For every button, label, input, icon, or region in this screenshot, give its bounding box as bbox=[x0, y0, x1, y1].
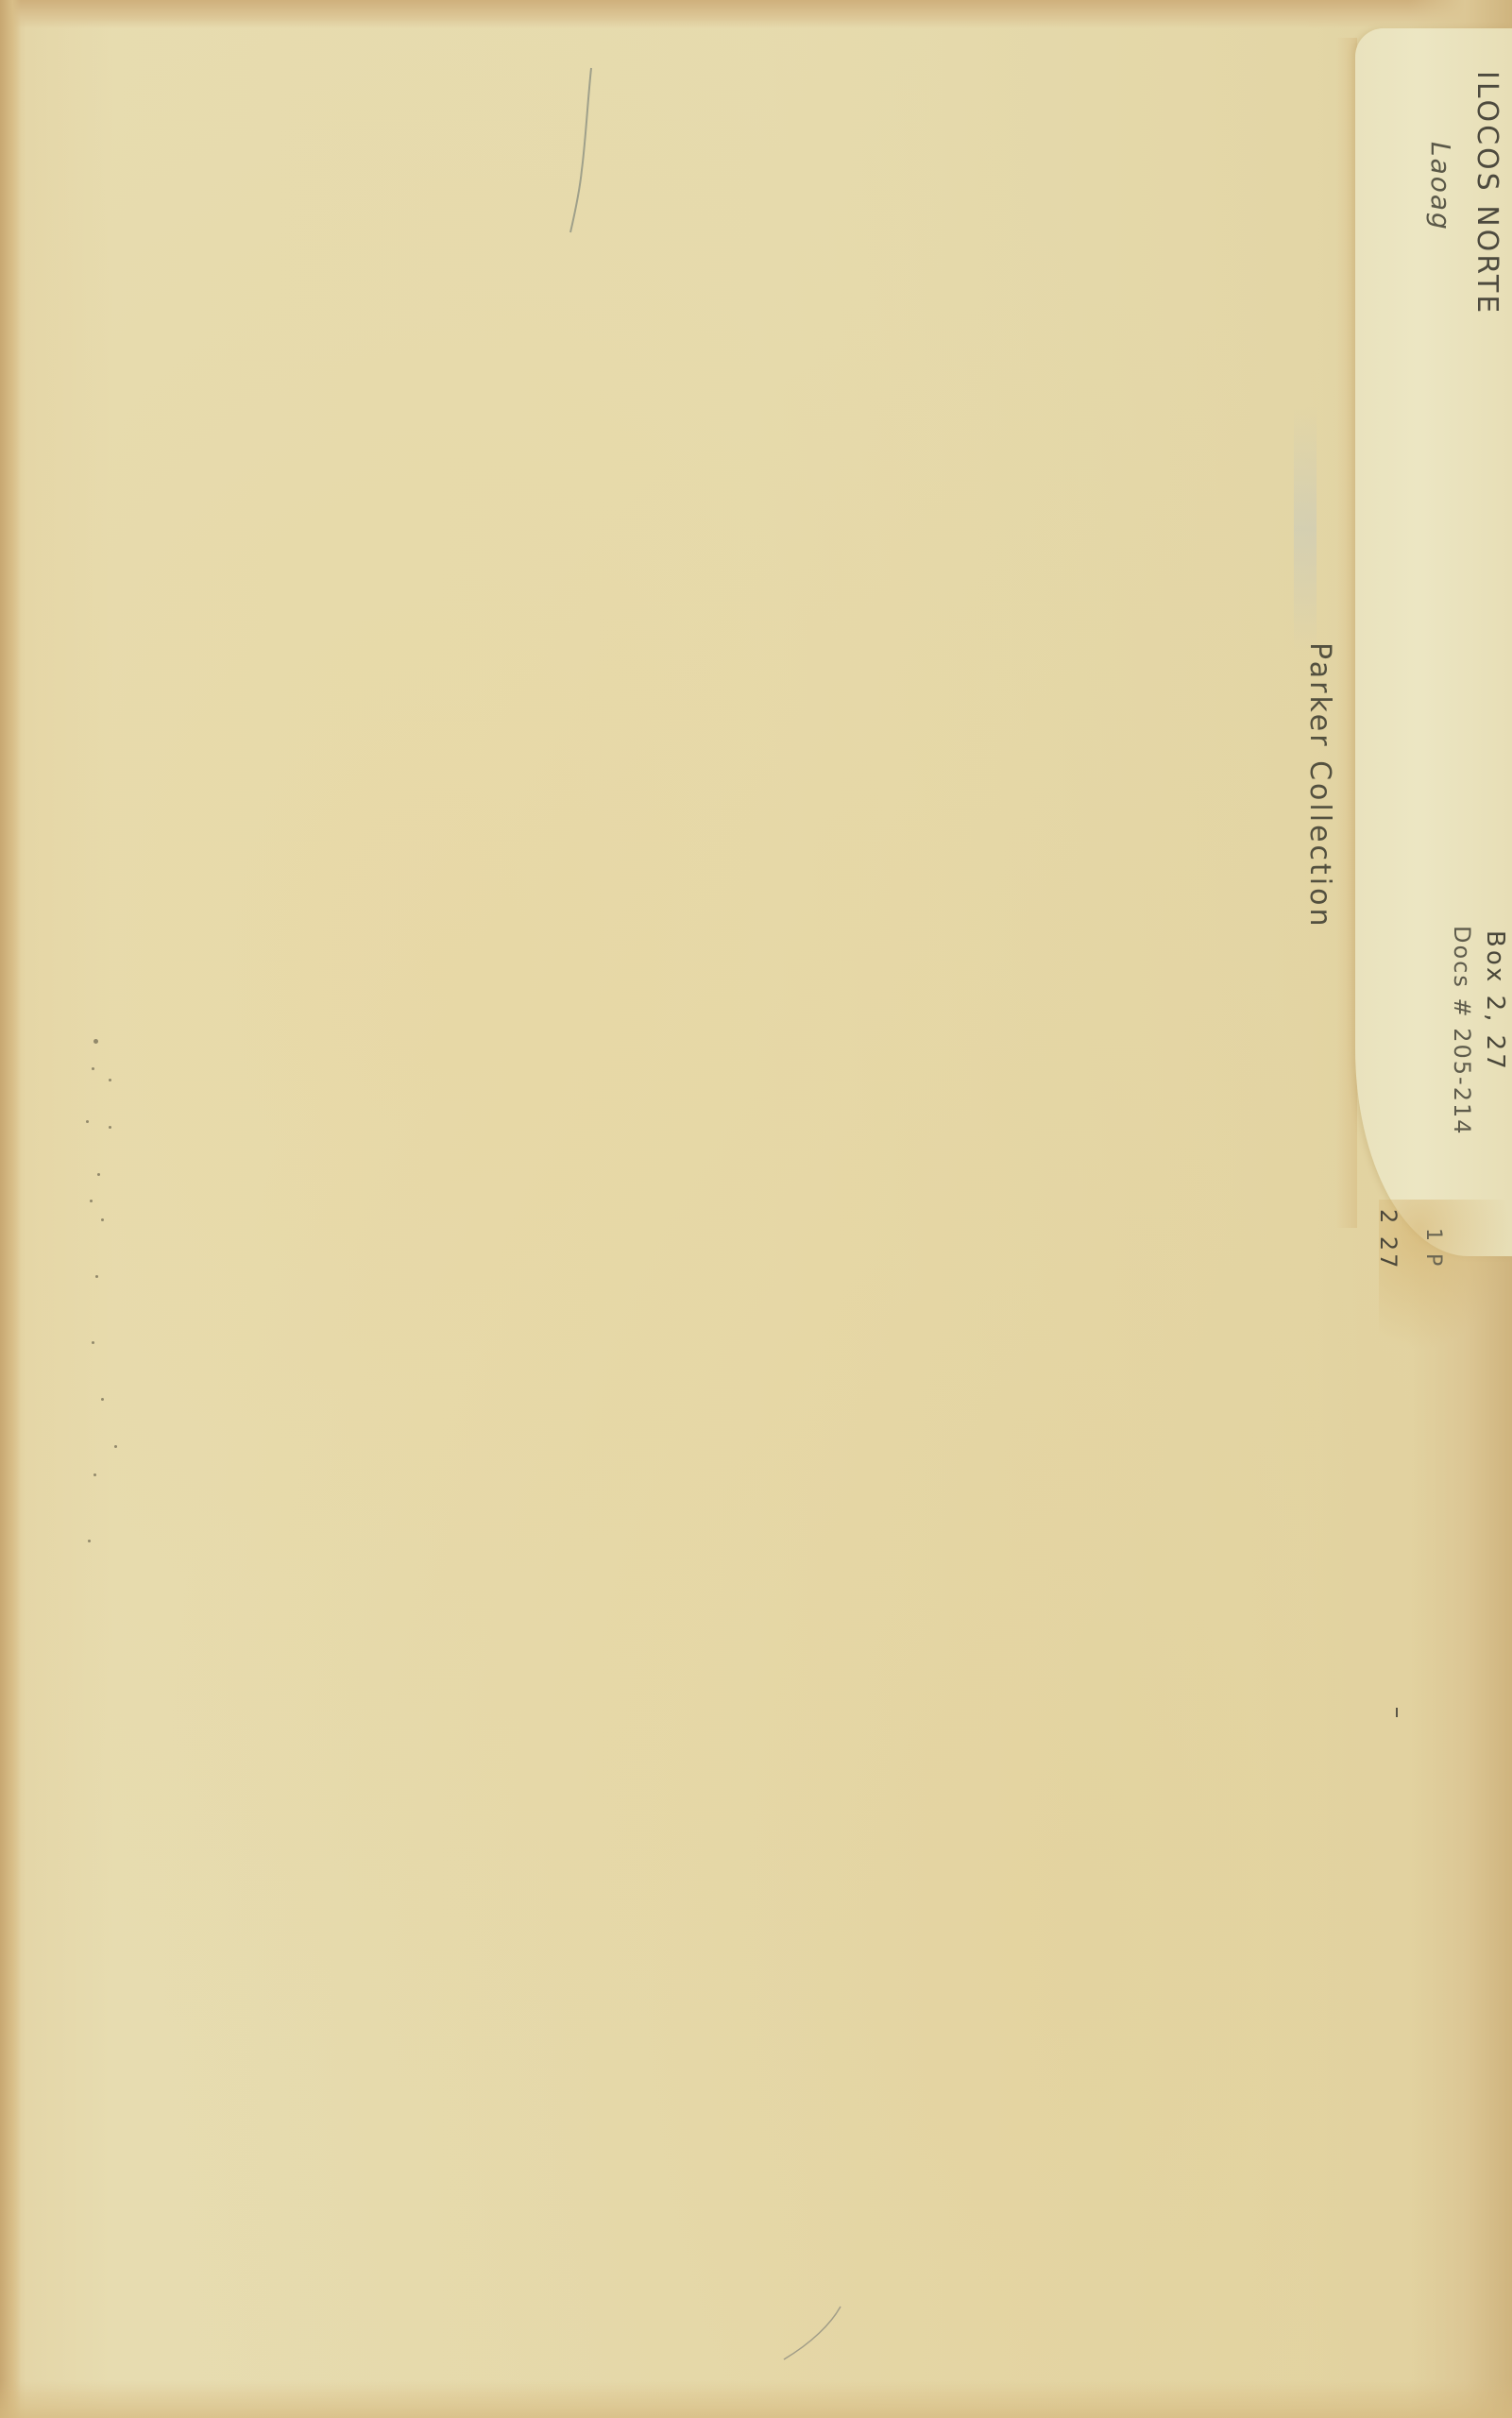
binding-marks bbox=[80, 1030, 118, 1558]
folder-tab-shadow bbox=[1336, 38, 1357, 1228]
shelf-mark-a: 2 27 bbox=[1375, 1209, 1402, 1270]
left-edge-stain bbox=[0, 0, 21, 2418]
bottom-edge-stain bbox=[0, 2380, 1512, 2418]
erased-pencil-mark bbox=[1294, 406, 1317, 652]
shelf-mark-b: 1 P bbox=[1421, 1228, 1445, 1269]
top-edge-stain bbox=[0, 0, 1512, 28]
box-number: Box 2, 27 bbox=[1481, 930, 1509, 1072]
pencil-tick bbox=[1396, 1708, 1398, 1717]
pencil-scribble bbox=[774, 2305, 850, 2361]
document-range: Docs # 205-214 bbox=[1449, 926, 1475, 1136]
folder-scan: ILOCOS NORTE Laoag Box 2, 27 Docs # 205-… bbox=[0, 0, 1512, 2418]
paper-crease bbox=[567, 66, 595, 236]
subregion-label: Laoag bbox=[1425, 142, 1456, 231]
region-label: ILOCOS NORTE bbox=[1470, 71, 1504, 315]
collection-label: Parker Collection bbox=[1303, 642, 1336, 928]
